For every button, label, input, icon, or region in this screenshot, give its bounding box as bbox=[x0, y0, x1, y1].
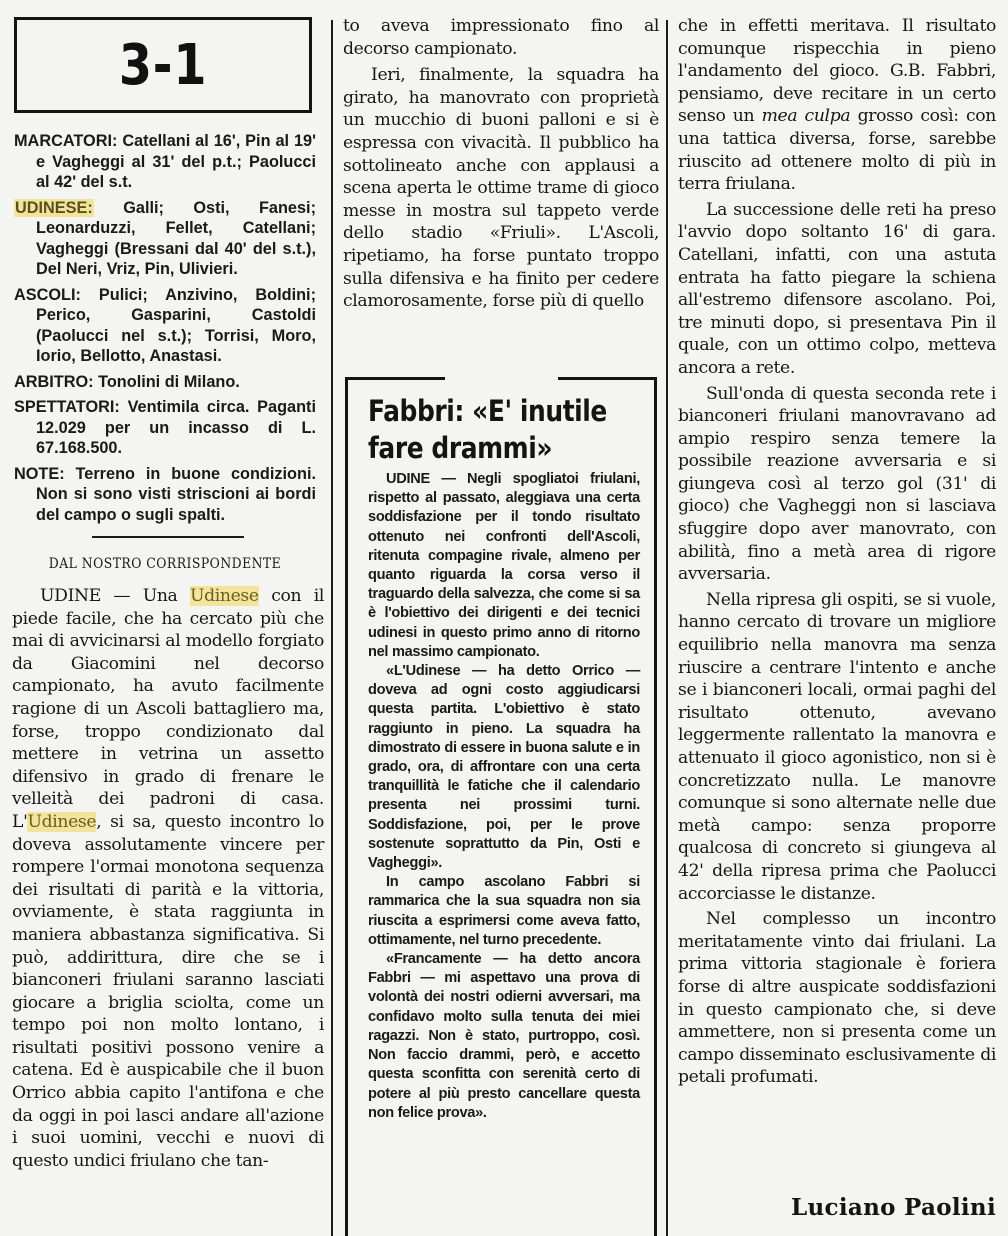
match-summary: MARCATORI: Catellani al 16', Pin al 19' … bbox=[14, 131, 316, 530]
spectators-entry: SPETTATORI: Ventimila circa. Paganti 12.… bbox=[14, 397, 316, 459]
sidebar-paragraph: In campo ascolano Fabbri si rammarica ch… bbox=[368, 873, 640, 950]
sidebar-body: UDINE — Negli spogliatoi friulani, rispe… bbox=[368, 470, 640, 1123]
italic-phrase: mea culpa bbox=[762, 106, 851, 126]
sidebar-border bbox=[345, 377, 445, 380]
paragraph-text: , si sa, questo incontro lo doveva assol… bbox=[12, 812, 324, 1171]
sidebar-paragraph: UDINE — Negli spogliatoi friulani, rispe… bbox=[368, 470, 640, 662]
sidebar-paragraph: «Francamente — ha detto ancora Fabbri — … bbox=[368, 950, 640, 1123]
article-paragraph: to aveva impressionato fino al decorso c… bbox=[343, 15, 659, 60]
article-paragraph: Sull'onda di questa seconda rete i bianc… bbox=[678, 383, 996, 586]
entry-label: SPETTATORI: bbox=[14, 398, 120, 416]
article-paragraph: UDINE — Una Udinese con il piede facile,… bbox=[12, 585, 324, 1172]
headline-line: Fabbri: «E' inutile bbox=[368, 394, 607, 428]
sidebar-paragraph: «L'Udinese — ha detto Orrico — doveva ad… bbox=[368, 662, 640, 873]
scorers-entry: MARCATORI: Catellani al 16', Pin al 19' … bbox=[14, 131, 316, 193]
sidebar-border bbox=[654, 377, 657, 1236]
article-paragraph: Nella ripresa gli ospiti, se si vuole, h… bbox=[678, 589, 996, 905]
article-column-2: to aveva impressionato fino al decorso c… bbox=[343, 15, 659, 313]
headline-line: fare drammi» bbox=[368, 431, 552, 465]
highlighted-term: Udinese bbox=[27, 812, 96, 832]
notes-entry: NOTE: Terreno in buone condizioni. Non s… bbox=[14, 464, 316, 526]
entry-label: NOTE: bbox=[14, 465, 65, 483]
udinese-lineup-entry: UDINESE: Galli; Osti, Fanesi; Leonarduzz… bbox=[14, 198, 316, 280]
entry-text: Tonolini di Milano. bbox=[94, 373, 240, 391]
section-divider bbox=[92, 536, 244, 538]
sidebar-border bbox=[345, 377, 348, 1236]
sidebar-border bbox=[558, 377, 657, 380]
entry-label: ASCOLI: bbox=[14, 286, 81, 304]
sidebar-article: Fabbri: «E' inutile fare drammi» UDINE —… bbox=[368, 393, 640, 1123]
entry-label: MARCATORI: bbox=[14, 132, 117, 150]
referee-entry: ARBITRO: Tonolini di Milano. bbox=[14, 372, 316, 393]
highlighted-term: Udinese bbox=[190, 586, 259, 606]
article-paragraph: Nel complesso un incontro meritatamente … bbox=[678, 908, 996, 1089]
article-column-1: UDINE — Una Udinese con il piede facile,… bbox=[12, 585, 324, 1172]
paragraph-text: con il piede facile, che ha cercato più … bbox=[12, 586, 324, 832]
highlighted-team-label: UDINESE: bbox=[14, 199, 94, 217]
article-paragraph: che in effetti meritava. Il risultato co… bbox=[678, 15, 996, 196]
final-score: 3-1 bbox=[119, 33, 208, 98]
ascoli-lineup-entry: ASCOLI: Pulici; Anzivino, Boldini; Peric… bbox=[14, 285, 316, 367]
sidebar-headline: Fabbri: «E' inutile fare drammi» bbox=[368, 393, 643, 467]
article-paragraph: Ieri, finalmente, la squadra ha girato, … bbox=[343, 64, 659, 313]
entry-label: ARBITRO: bbox=[14, 373, 94, 391]
correspondent-byline: DAL NOSTRO CORRISPONDENTE bbox=[26, 556, 304, 572]
article-column-3: che in effetti meritava. Il risultato co… bbox=[678, 15, 996, 1089]
score-box: 3-1 bbox=[14, 17, 312, 113]
author-signature: Luciano Paolini bbox=[791, 1194, 996, 1221]
newspaper-page: 3-1 MARCATORI: Catellani al 16', Pin al … bbox=[0, 0, 1008, 1236]
column-rule-2 bbox=[666, 20, 668, 1236]
article-paragraph: La successione delle reti ha preso l'avv… bbox=[678, 199, 996, 380]
dateline: UDINE — Una bbox=[40, 586, 190, 606]
column-rule-1 bbox=[331, 20, 333, 1236]
entry-text: Terreno in buone condizioni. Non si sono… bbox=[36, 465, 316, 524]
